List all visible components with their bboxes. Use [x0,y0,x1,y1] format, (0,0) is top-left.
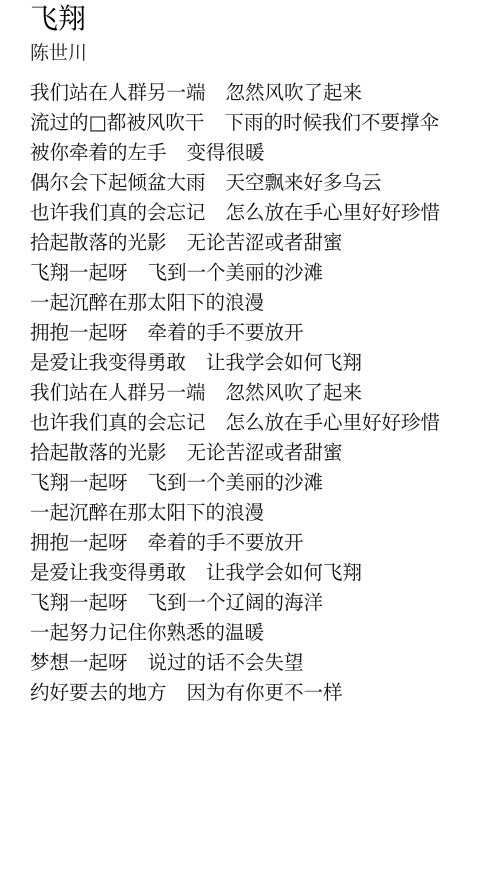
lyric-phrase: 拥抱一起呀 [30,531,128,554]
lyric-phrase: 天空飘来好多乌云 [226,171,382,194]
lyric-phrase: 一起努力记住你熟悉的温暖 [30,621,264,644]
lyric-line: 梦想一起呀说过的话不会失望 [30,648,440,678]
lyric-phrase: 飞翔一起呀 [30,261,128,284]
lyric-phrase: 让我学会如何飞翔 [206,351,362,374]
lyric-phrase: 无论苦涩或者甜蜜 [187,441,343,464]
lyric-line: 也许我们真的会忘记怎么放在手心里好好珍惜 [30,408,440,438]
lyric-phrase: 流过的□都被风吹干 [30,111,204,134]
lyric-line: 一起努力记住你熟悉的温暖 [30,618,440,648]
lyric-phrase: 是爱让我变得勇敢 [30,561,186,584]
lyric-phrase: 下雨的时候我们不要撑伞 [224,111,439,134]
lyric-line: 拾起散落的光影无论苦涩或者甜蜜 [30,228,440,258]
lyric-line: 拾起散落的光影无论苦涩或者甜蜜 [30,438,440,468]
lyric-phrase: 也许我们真的会忘记 [30,201,206,224]
lyric-phrase: 牵着的手不要放开 [148,321,304,344]
lyric-phrase: 怎么放在手心里好好珍惜 [226,201,441,224]
lyric-line: 我们站在人群另一端忽然风吹了起来 [30,78,440,108]
lyric-phrase: 飞到一个辽阔的海洋 [148,591,324,614]
lyric-phrase: 飞到一个美丽的沙滩 [148,471,324,494]
lyric-line: 飞翔一起呀飞到一个辽阔的海洋 [30,588,440,618]
lyric-phrase: 梦想一起呀 [30,651,128,674]
lyric-line: 约好要去的地方因为有你更不一样 [30,678,440,708]
lyric-phrase: 忽然风吹了起来 [226,381,363,404]
lyric-line: 流过的□都被风吹干下雨的时候我们不要撑伞 [30,108,440,138]
lyric-phrase: 让我学会如何飞翔 [206,561,362,584]
lyric-line: 一起沉醉在那太阳下的浪漫 [30,288,440,318]
lyric-phrase: 一起沉醉在那太阳下的浪漫 [30,291,264,314]
lyrics-list: 我们站在人群另一端忽然风吹了起来流过的□都被风吹干下雨的时候我们不要撑伞被你牵着… [30,78,440,708]
lyric-line: 也许我们真的会忘记怎么放在手心里好好珍惜 [30,198,440,228]
lyric-line: 是爱让我变得勇敢让我学会如何飞翔 [30,558,440,588]
lyric-phrase: 拾起散落的光影 [30,441,167,464]
lyric-phrase: 也许我们真的会忘记 [30,411,206,434]
lyric-phrase: 因为有你更不一样 [187,681,343,704]
lyric-line: 飞翔一起呀飞到一个美丽的沙滩 [30,258,440,288]
lyric-phrase: 飞翔一起呀 [30,471,128,494]
lyric-line: 我们站在人群另一端忽然风吹了起来 [30,378,440,408]
lyric-line: 飞翔一起呀飞到一个美丽的沙滩 [30,468,440,498]
artist-name: 陈世川 [30,39,87,67]
lyric-line: 是爱让我变得勇敢让我学会如何飞翔 [30,348,440,378]
lyric-phrase: 说过的话不会失望 [148,651,304,674]
lyric-phrase: 拥抱一起呀 [30,321,128,344]
lyric-phrase: 我们站在人群另一端 [30,381,206,404]
lyric-line: 偶尔会下起倾盆大雨天空飘来好多乌云 [30,168,440,198]
lyric-phrase: 拾起散落的光影 [30,231,167,254]
lyric-phrase: 被你牵着的左手 [30,141,167,164]
lyric-phrase: 怎么放在手心里好好珍惜 [226,411,441,434]
lyric-phrase: 飞翔一起呀 [30,591,128,614]
lyric-phrase: 忽然风吹了起来 [226,81,363,104]
lyric-line: 一起沉醉在那太阳下的浪漫 [30,498,440,528]
lyric-line: 被你牵着的左手变得很暖 [30,138,440,168]
lyric-phrase: 无论苦涩或者甜蜜 [187,231,343,254]
lyric-line: 拥抱一起呀牵着的手不要放开 [30,528,440,558]
lyric-phrase: 约好要去的地方 [30,681,167,704]
lyric-phrase: 一起沉醉在那太阳下的浪漫 [30,501,264,524]
song-title: 飞翔 [30,1,86,37]
lyric-phrase: 飞到一个美丽的沙滩 [148,261,324,284]
lyric-phrase: 是爱让我变得勇敢 [30,351,186,374]
lyric-phrase: 我们站在人群另一端 [30,81,206,104]
lyric-phrase: 牵着的手不要放开 [148,531,304,554]
lyric-phrase: 变得很暖 [187,141,265,164]
lyric-phrase: 偶尔会下起倾盆大雨 [30,171,206,194]
lyric-line: 拥抱一起呀牵着的手不要放开 [30,318,440,348]
